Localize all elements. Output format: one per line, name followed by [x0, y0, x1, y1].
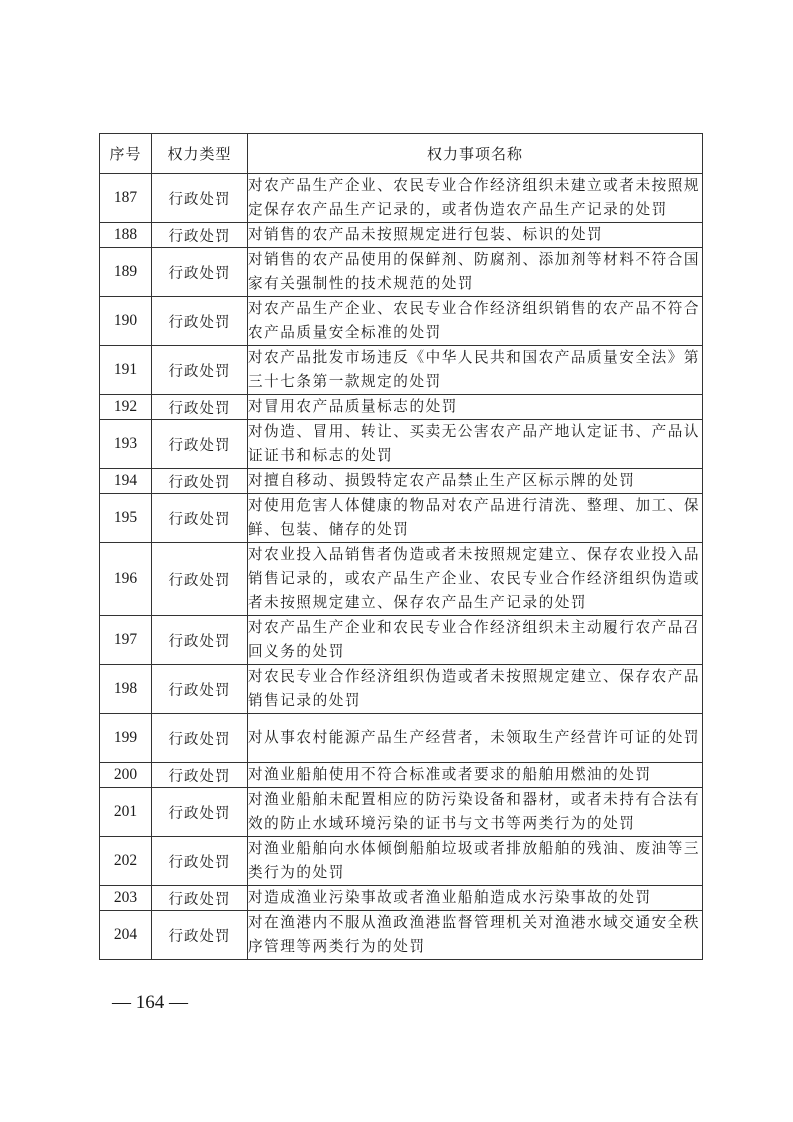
table-row: 189行政处罚对销售的农产品使用的保鲜剂、防腐剂、添加剂等材料不符合国家有关强制…	[100, 248, 703, 297]
cell-power-type: 行政处罚	[152, 837, 248, 886]
table-row: 194行政处罚对擅自移动、损毁特定农产品禁止生产区标示牌的处罚	[100, 469, 703, 494]
cell-serial-number: 191	[100, 346, 152, 395]
cell-power-type: 行政处罚	[152, 714, 248, 763]
cell-power-item-name: 对销售的农产品使用的保鲜剂、防腐剂、添加剂等材料不符合国家有关强制性的技术规范的…	[248, 248, 703, 297]
cell-serial-number: 201	[100, 788, 152, 837]
cell-power-item-name: 对农产品生产企业、农民专业合作经济组织销售的农产品不符合农产品质量安全标准的处罚	[248, 297, 703, 346]
table-row: 204行政处罚对在渔港内不服从渔政渔港监督管理机关对渔港水域交通安全秩序管理等两…	[100, 911, 703, 960]
table-row: 196行政处罚对农业投入品销售者伪造或者未按照规定建立、保存农业投入品销售记录的…	[100, 543, 703, 616]
cell-power-item-name: 对农产品批发市场违反《中华人民共和国农产品质量安全法》第三十七条第一款规定的处罚	[248, 346, 703, 395]
cell-power-item-name: 对渔业船舶未配置相应的防污染设备和器材，或者未持有合法有效的防止水域环境污染的证…	[248, 788, 703, 837]
table-row: 191行政处罚对农产品批发市场违反《中华人民共和国农产品质量安全法》第三十七条第…	[100, 346, 703, 395]
table-header-row: 序号 权力类型 权力事项名称	[100, 134, 703, 174]
cell-serial-number: 204	[100, 911, 152, 960]
cell-power-item-name: 对伪造、冒用、转让、买卖无公害农产品产地认定证书、产品认证证书和标志的处罚	[248, 420, 703, 469]
cell-power-item-name: 对冒用农产品质量标志的处罚	[248, 395, 703, 420]
cell-serial-number: 200	[100, 763, 152, 788]
cell-power-item-name: 对从事农村能源产品生产经营者，未领取生产经营许可证的处罚	[248, 714, 703, 763]
cell-serial-number: 189	[100, 248, 152, 297]
cell-power-type: 行政处罚	[152, 788, 248, 837]
cell-power-item-name: 对擅自移动、损毁特定农产品禁止生产区标示牌的处罚	[248, 469, 703, 494]
cell-serial-number: 194	[100, 469, 152, 494]
cell-power-type: 行政处罚	[152, 763, 248, 788]
cell-power-type: 行政处罚	[152, 420, 248, 469]
cell-power-type: 行政处罚	[152, 494, 248, 543]
cell-serial-number: 190	[100, 297, 152, 346]
cell-power-type: 行政处罚	[152, 346, 248, 395]
table-row: 200行政处罚对渔业船舶使用不符合标准或者要求的船舶用燃油的处罚	[100, 763, 703, 788]
table-row: 198行政处罚对农民专业合作经济组织伪造或者未按照规定建立、保存农产品销售记录的…	[100, 665, 703, 714]
table-row: 192行政处罚对冒用农产品质量标志的处罚	[100, 395, 703, 420]
cell-power-item-name: 对农民专业合作经济组织伪造或者未按照规定建立、保存农产品销售记录的处罚	[248, 665, 703, 714]
table-row: 193行政处罚对伪造、冒用、转让、买卖无公害农产品产地认定证书、产品认证证书和标…	[100, 420, 703, 469]
cell-power-item-name: 对使用危害人体健康的物品对农产品进行清洗、整理、加工、保鲜、包装、储存的处罚	[248, 494, 703, 543]
cell-power-type: 行政处罚	[152, 395, 248, 420]
cell-power-item-name: 对销售的农产品未按照规定进行包装、标识的处罚	[248, 223, 703, 248]
table-row: 203行政处罚对造成渔业污染事故或者渔业船舶造成水污染事故的处罚	[100, 886, 703, 911]
table-row: 199行政处罚对从事农村能源产品生产经营者，未领取生产经营许可证的处罚	[100, 714, 703, 763]
header-serial-number: 序号	[100, 134, 152, 174]
cell-power-item-name: 对渔业船舶向水体倾倒船舶垃圾或者排放船舶的残油、废油等三类行为的处罚	[248, 837, 703, 886]
cell-power-type: 行政处罚	[152, 223, 248, 248]
power-items-table: 序号 权力类型 权力事项名称 187行政处罚对农产品生产企业、农民专业合作经济组…	[99, 133, 703, 960]
cell-power-type: 行政处罚	[152, 616, 248, 665]
table-body: 187行政处罚对农产品生产企业、农民专业合作经济组织未建立或者未按照规定保存农产…	[100, 174, 703, 960]
cell-serial-number: 197	[100, 616, 152, 665]
cell-serial-number: 195	[100, 494, 152, 543]
cell-serial-number: 196	[100, 543, 152, 616]
table-row: 187行政处罚对农产品生产企业、农民专业合作经济组织未建立或者未按照规定保存农产…	[100, 174, 703, 223]
cell-serial-number: 199	[100, 714, 152, 763]
cell-serial-number: 193	[100, 420, 152, 469]
table-row: 201行政处罚对渔业船舶未配置相应的防污染设备和器材，或者未持有合法有效的防止水…	[100, 788, 703, 837]
cell-serial-number: 192	[100, 395, 152, 420]
table-row: 195行政处罚对使用危害人体健康的物品对农产品进行清洗、整理、加工、保鲜、包装、…	[100, 494, 703, 543]
cell-power-item-name: 对农业投入品销售者伪造或者未按照规定建立、保存农业投入品销售记录的，或农产品生产…	[248, 543, 703, 616]
cell-power-item-name: 对渔业船舶使用不符合标准或者要求的船舶用燃油的处罚	[248, 763, 703, 788]
cell-power-item-name: 对造成渔业污染事故或者渔业船舶造成水污染事故的处罚	[248, 886, 703, 911]
page-number: — 164 —	[112, 992, 188, 1014]
cell-serial-number: 188	[100, 223, 152, 248]
table-row: 188行政处罚对销售的农产品未按照规定进行包装、标识的处罚	[100, 223, 703, 248]
cell-serial-number: 202	[100, 837, 152, 886]
cell-serial-number: 187	[100, 174, 152, 223]
cell-power-type: 行政处罚	[152, 886, 248, 911]
cell-power-type: 行政处罚	[152, 543, 248, 616]
cell-power-type: 行政处罚	[152, 248, 248, 297]
cell-power-item-name: 对在渔港内不服从渔政渔港监督管理机关对渔港水域交通安全秩序管理等两类行为的处罚	[248, 911, 703, 960]
cell-serial-number: 198	[100, 665, 152, 714]
cell-serial-number: 203	[100, 886, 152, 911]
cell-power-type: 行政处罚	[152, 174, 248, 223]
header-power-item-name: 权力事项名称	[248, 134, 703, 174]
table-row: 190行政处罚对农产品生产企业、农民专业合作经济组织销售的农产品不符合农产品质量…	[100, 297, 703, 346]
cell-power-type: 行政处罚	[152, 297, 248, 346]
header-power-type: 权力类型	[152, 134, 248, 174]
document-page: 序号 权力类型 权力事项名称 187行政处罚对农产品生产企业、农民专业合作经济组…	[0, 0, 793, 1122]
cell-power-type: 行政处罚	[152, 911, 248, 960]
cell-power-type: 行政处罚	[152, 469, 248, 494]
cell-power-type: 行政处罚	[152, 665, 248, 714]
cell-power-item-name: 对农产品生产企业、农民专业合作经济组织未建立或者未按照规定保存农产品生产记录的，…	[248, 174, 703, 223]
cell-power-item-name: 对农产品生产企业和农民专业合作经济组织未主动履行农产品召回义务的处罚	[248, 616, 703, 665]
table-row: 197行政处罚对农产品生产企业和农民专业合作经济组织未主动履行农产品召回义务的处…	[100, 616, 703, 665]
table-row: 202行政处罚对渔业船舶向水体倾倒船舶垃圾或者排放船舶的残油、废油等三类行为的处…	[100, 837, 703, 886]
